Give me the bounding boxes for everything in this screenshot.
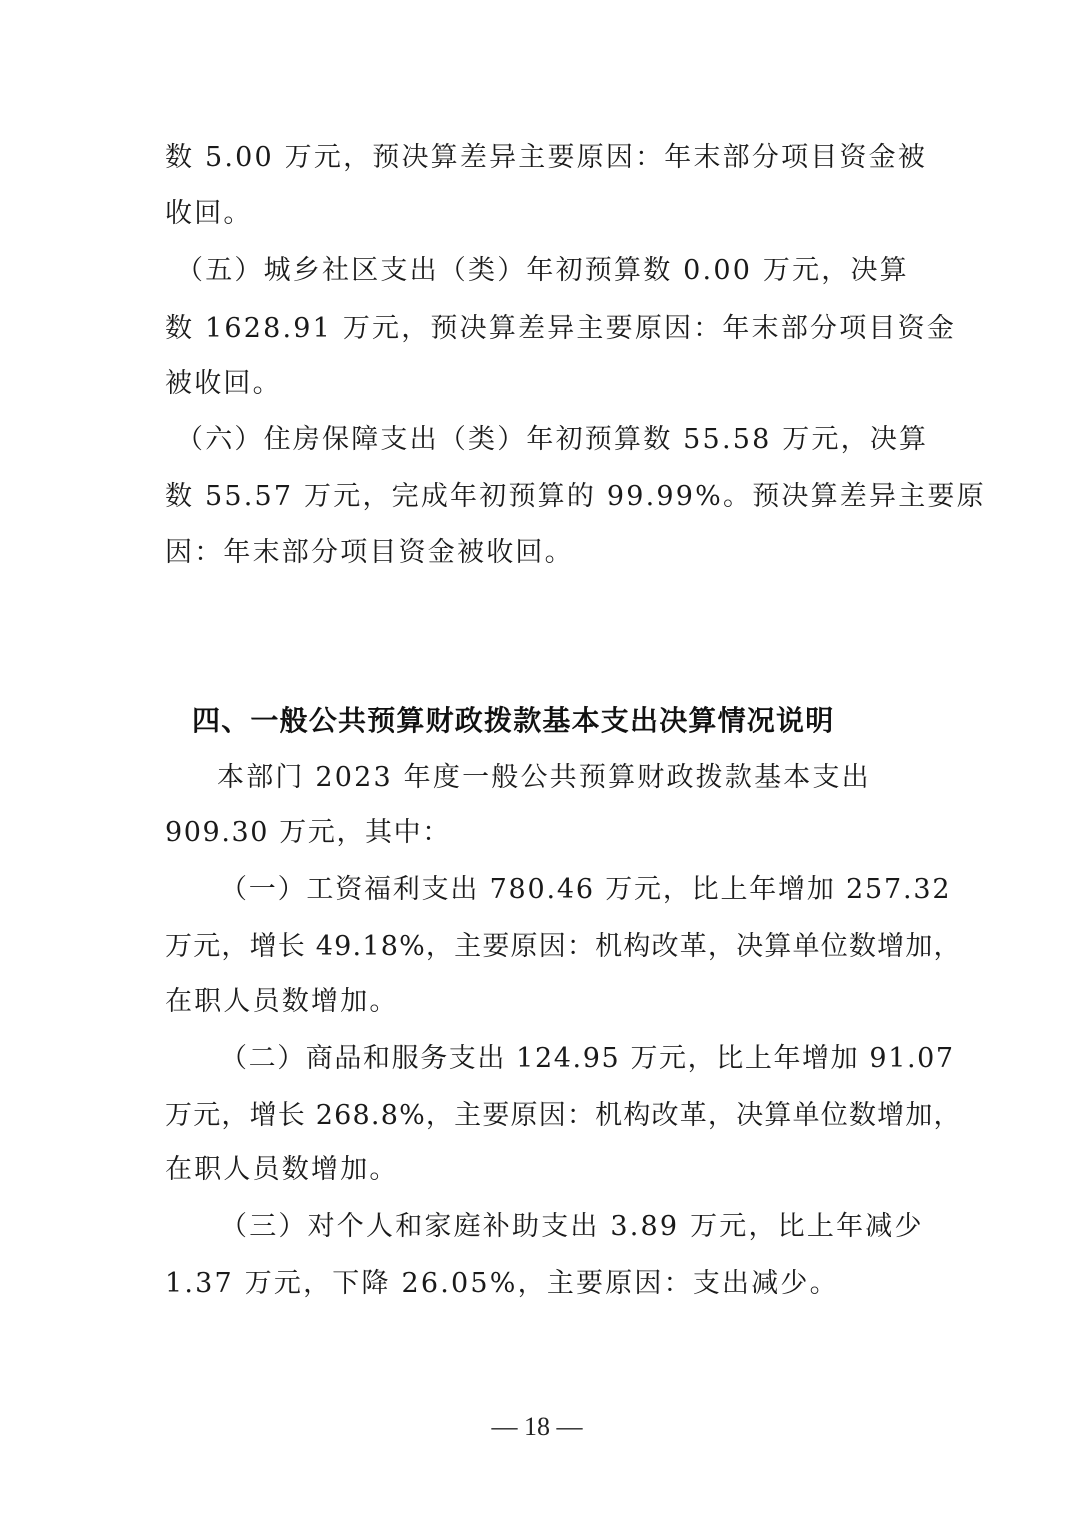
paragraph-line: 1.37 万元，下降 26.05%，主要原因：支出减少。 — [165, 1266, 839, 1302]
paragraph-line: （五）城乡社区支出（类）年初预算数 0.00 万元，决算 — [176, 253, 909, 289]
paragraph-line: 本部门 2023 年度一般公共预算财政拨款基本支出 — [217, 760, 871, 796]
paragraph-line: （六）住房保障支出（类）年初预算数 55.58 万元，决算 — [176, 422, 928, 458]
paragraph-line: 被收回。 — [165, 366, 282, 402]
paragraph-line: （二）商品和服务支出 124.95 万元，比上年增加 91.07 — [220, 1041, 955, 1077]
paragraph-line: 万元，增长 268.8%，主要原因：机构改革，决算单位数增加， — [165, 1098, 962, 1134]
document-page: 数 5.00 万元，预决算差异主要原因：年末部分项目资金被 收回。 （五）城乡社… — [0, 0, 1074, 1520]
page-number: — 18 — — [0, 1410, 1074, 1444]
paragraph-line: （一）工资福利支出 780.46 万元，比上年增加 257.32 — [220, 872, 951, 908]
paragraph-line: （三）对个人和家庭补助支出 3.89 万元，比上年减少 — [220, 1209, 924, 1245]
paragraph-line: 收回。 — [165, 196, 253, 232]
paragraph-line: 在职人员数增加。 — [165, 1152, 399, 1188]
section-heading: 四、一般公共预算财政拨款基本支出决算情况说明 — [192, 703, 834, 739]
paragraph-line: 因：年末部分项目资金被收回。 — [165, 535, 574, 571]
paragraph-line: 数 55.57 万元，完成年初预算的 99.99%。预决算差异主要原 — [165, 479, 986, 515]
paragraph-line: 数 1628.91 万元，预决算差异主要原因：年末部分项目资金 — [165, 311, 956, 347]
paragraph-line: 909.30 万元，其中： — [165, 815, 451, 851]
paragraph-line: 数 5.00 万元，预决算差异主要原因：年末部分项目资金被 — [165, 140, 927, 176]
paragraph-line: 万元，增长 49.18%，主要原因：机构改革，决算单位数增加， — [165, 929, 962, 965]
paragraph-line: 在职人员数增加。 — [165, 984, 399, 1020]
